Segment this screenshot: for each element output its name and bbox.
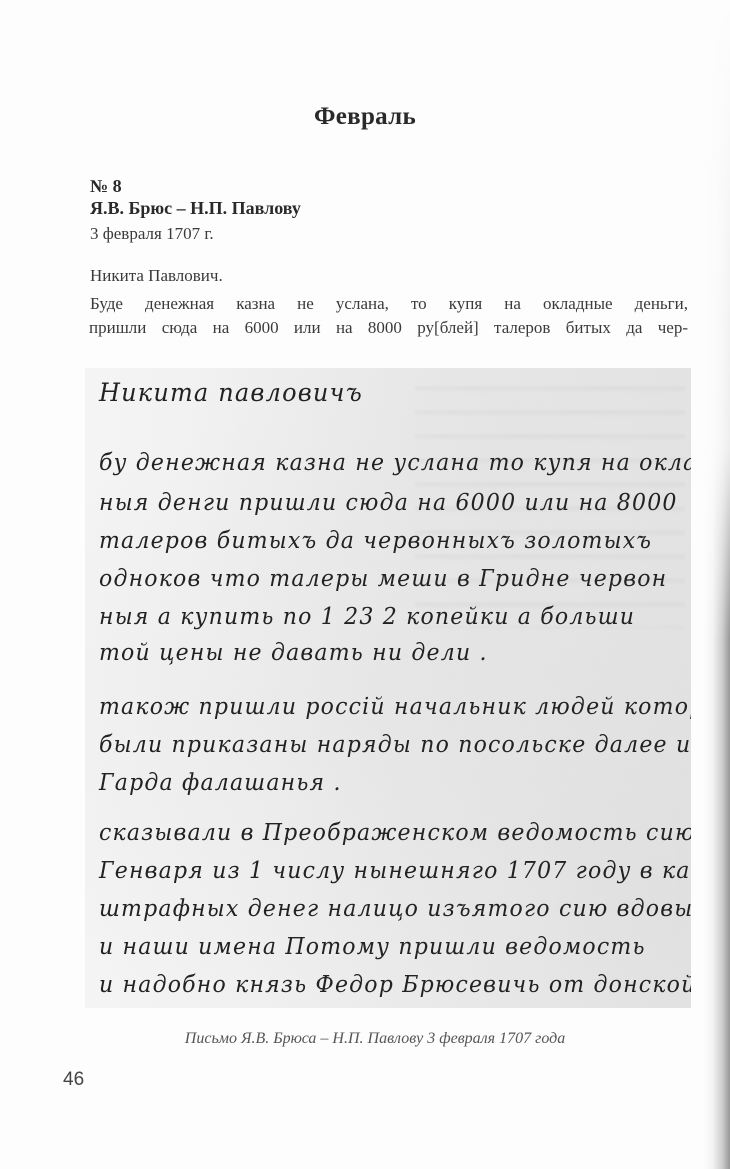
chapter-title: Февраль [0,103,730,131]
manuscript-line: Гарда фалашанья . [99,770,342,796]
manuscript-line: и надобно князь Федор Брюсевичь от донск… [99,972,691,998]
manuscript-line: ныя а купить по 1 23 2 копейки а больши [99,604,635,630]
letter-body-line: Буде денежная казна не услана, то купя н… [90,292,688,316]
page-number: 46 [63,1069,84,1091]
letter-body-line: пришли сюда на 6000 или на 8000 ру[блей]… [89,316,688,340]
manuscript-facsimile-image: Никита павловичъ бу денежная казна не ус… [85,368,691,1008]
document-header: Я.В. Брюс – Н.П. Павлову [90,198,301,219]
document-number: № 8 [90,176,122,197]
manuscript-line: той цены не давать ни дели . [99,640,488,666]
manuscript-line: талеров битыхъ да червонныхъ золотыхъ [99,528,652,554]
manuscript-line: бу денежная казна не услана то купя на о… [99,450,691,476]
manuscript-line: ныя денги пришли сюда на 6000 или на 800… [99,490,678,516]
gutter-shadow-fade [704,0,730,640]
manuscript-line: и наши имена Потому пришли ведомость [99,934,646,960]
document-date: 3 февраля 1707 г. [90,224,214,244]
book-page: Февраль № 8 Я.В. Брюс – Н.П. Павлову 3 ф… [0,0,730,1169]
manuscript-line: были приказаны наряды по посольске далее… [99,732,691,758]
letter-body: Буде денежная казна не услана, то купя н… [90,292,688,340]
manuscript-line: одноков что талеры меши в Гридне червон [99,566,667,592]
manuscript-line: штрафных денег налицо изъятого сию вдовы [99,896,691,922]
manuscript-line: Никита павловичъ [99,378,363,407]
manuscript-line: також пришли россій начальник людей кото… [99,694,691,720]
manuscript-line: сказывали в Преображенском ведомость сию [99,820,691,846]
figure-caption: Письмо Я.В. Брюса – Н.П. Павлову 3 февра… [0,1030,730,1048]
manuscript-line: Генваря из 1 числу нынешняго 1707 году в… [99,858,691,884]
letter-salutation: Никита Павлович. [90,266,223,286]
